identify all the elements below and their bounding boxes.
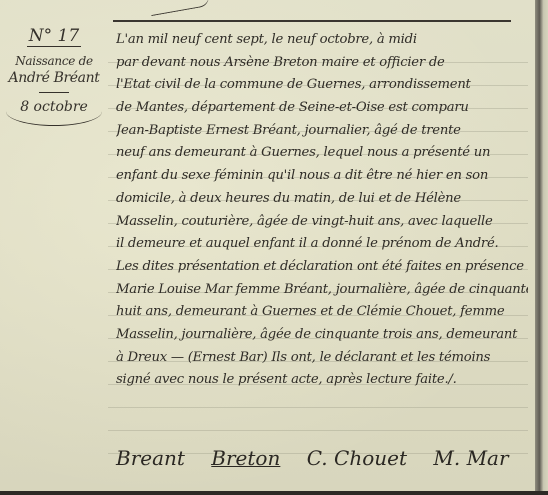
act-line: à Dreux — (Ernest Bar) Ils ont, le décla… — [116, 347, 528, 370]
record-type-label: Naissance de — [0, 54, 108, 68]
signatures: Breant Breton C. Chouet M. Mar — [116, 446, 536, 470]
header-rule — [113, 20, 511, 22]
ink-stroke — [150, 0, 211, 16]
page-bottom-edge — [0, 491, 548, 495]
act-line: Marie Louise Mar femme Bréant, journaliè… — [116, 279, 528, 302]
signature-breant: Breant — [116, 446, 185, 470]
act-line: neuf ans demeurant à Guernes, lequel nou… — [116, 142, 528, 165]
act-line: de Mantes, département de Seine-et-Oise … — [116, 97, 528, 120]
signature-chouet: C. Chouet — [307, 446, 407, 470]
record-date: 8 octobre — [6, 97, 102, 126]
act-line: domicile, à deux heures du matin, de lui… — [116, 188, 528, 211]
act-line: par devant nous Arsène Breton maire et o… — [116, 52, 528, 75]
signature-mar: M. Mar — [433, 446, 508, 470]
act-line: huit ans, demeurant à Guernes et de Clém… — [116, 301, 528, 324]
act-line: enfant du sexe féminin qu'il nous a dit … — [116, 165, 528, 188]
record-number: N° 17 — [27, 27, 81, 47]
record-name: André Bréant — [0, 70, 108, 86]
act-body: L'an mil neuf cent sept, le neuf octobre… — [116, 29, 528, 392]
act-line: L'an mil neuf cent sept, le neuf octobre… — [116, 29, 528, 52]
act-line: Masselin, couturière, âgée de vingt-huit… — [116, 211, 528, 234]
signature-breton: Breton — [211, 446, 280, 470]
act-line: signé avec nous le présent acte, après l… — [116, 369, 528, 392]
act-line: Jean-Baptiste Ernest Bréant, journalier,… — [116, 120, 528, 143]
act-line: Les dites présentation et déclaration on… — [116, 256, 528, 279]
act-line: Masselin, journalière, âgée de cinquante… — [116, 324, 528, 347]
act-line: l'Etat civil de la commune de Guernes, a… — [116, 74, 528, 97]
margin-divider — [39, 92, 69, 93]
margin-note: N° 17 Naissance de André Bréant 8 octobr… — [0, 22, 108, 126]
document-page: N° 17 Naissance de André Bréant 8 octobr… — [0, 0, 548, 495]
act-line: il demeure et auquel enfant il a donné l… — [116, 233, 528, 256]
binding-edge — [535, 0, 548, 495]
